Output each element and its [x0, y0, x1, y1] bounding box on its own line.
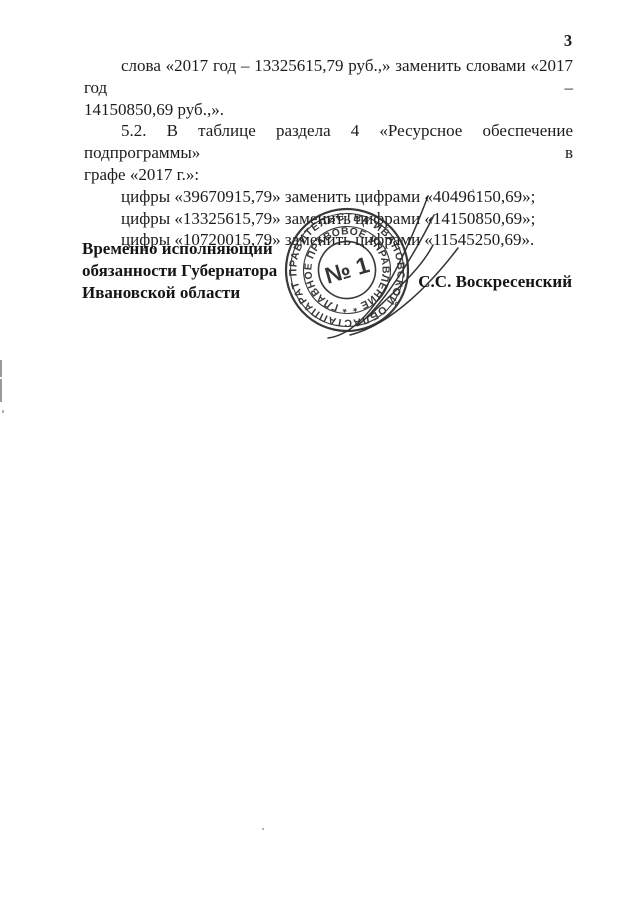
page-number: 3: [560, 31, 576, 51]
body-line: 14150850,69 руб.,».: [84, 99, 573, 121]
body-line: слова «2017 год – 13325615,79 руб.,» зам…: [84, 55, 573, 99]
body-line: графе «2017 г.»:: [84, 164, 573, 186]
scan-artifact-line: [0, 379, 2, 402]
scan-artifact-dot: [472, 189, 474, 191]
stamp-number: № 1: [322, 251, 372, 288]
scan-artifact-dot: [262, 828, 264, 830]
stamp-body: АППАРАТ ПРАВИТЕЛЬСТВА ИВАНОВСКОЙ ОБЛАСТИ…: [270, 185, 418, 344]
scanned-document-page: 3 слова «2017 год – 13325615,79 руб.,» з…: [0, 0, 640, 905]
scan-artifact-dot: [2, 410, 4, 413]
official-stamp: АППАРАТ ПРАВИТЕЛЬСТВА ИВАНОВСКОЙ ОБЛАСТИ…: [270, 185, 470, 345]
body-line: 5.2. В таблице раздела 4 «Ресурсное обес…: [84, 120, 573, 164]
scan-artifact-line: [0, 360, 2, 377]
